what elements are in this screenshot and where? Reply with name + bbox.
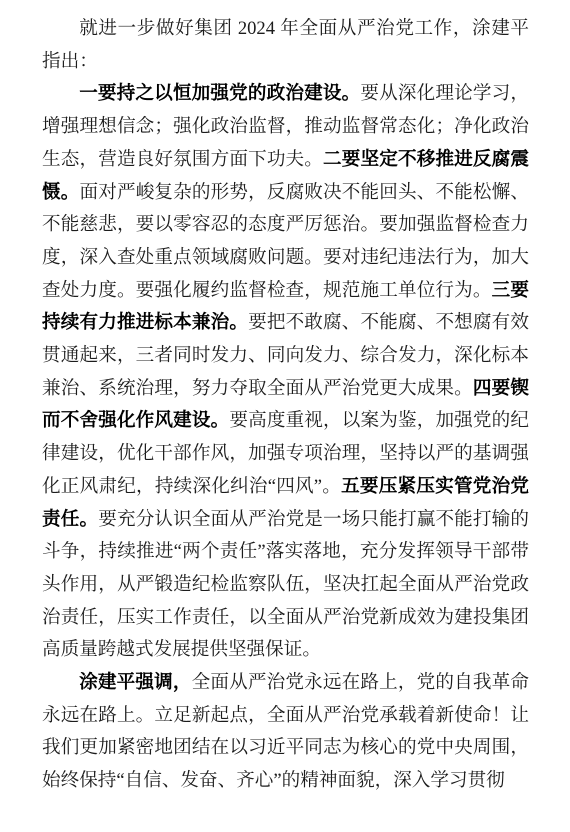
text-run: 要充分认识全面从严治党是一场只能打赢不能打输的斗争，持续推进“两个责任”落实落地… — [42, 509, 529, 661]
text-run: 就进一步做好集团 2024 年全面从严治党工作，涂建平指出： — [42, 18, 529, 72]
paragraph: 就进一步做好集团 2024 年全面从严治党工作，涂建平指出： — [42, 13, 529, 78]
bold-run: 涂建平强调， — [79, 672, 191, 693]
paragraph: 一要持之以恒加强党的政治建设。要从深化理论学习，增强理想信念；强化政治监督，推动… — [42, 78, 529, 667]
document-body: 就进一步做好集团 2024 年全面从严治党工作，涂建平指出：一要持之以恒加强党的… — [42, 13, 529, 798]
document-page: 就进一步做好集团 2024 年全面从严治党工作，涂建平指出：一要持之以恒加强党的… — [0, 0, 570, 832]
text-run: 面对严峻复杂的形势，反腐败决不能回头、不能松懈、不能慈悲，要以零容忍的态度严厉惩… — [42, 182, 529, 301]
paragraph: 涂建平强调，全面从严治党永远在路上，党的自我革命永远在路上。立足新起点，全面从严… — [42, 667, 529, 798]
bold-run: 一要持之以恒加强党的政治建设。 — [79, 83, 360, 104]
